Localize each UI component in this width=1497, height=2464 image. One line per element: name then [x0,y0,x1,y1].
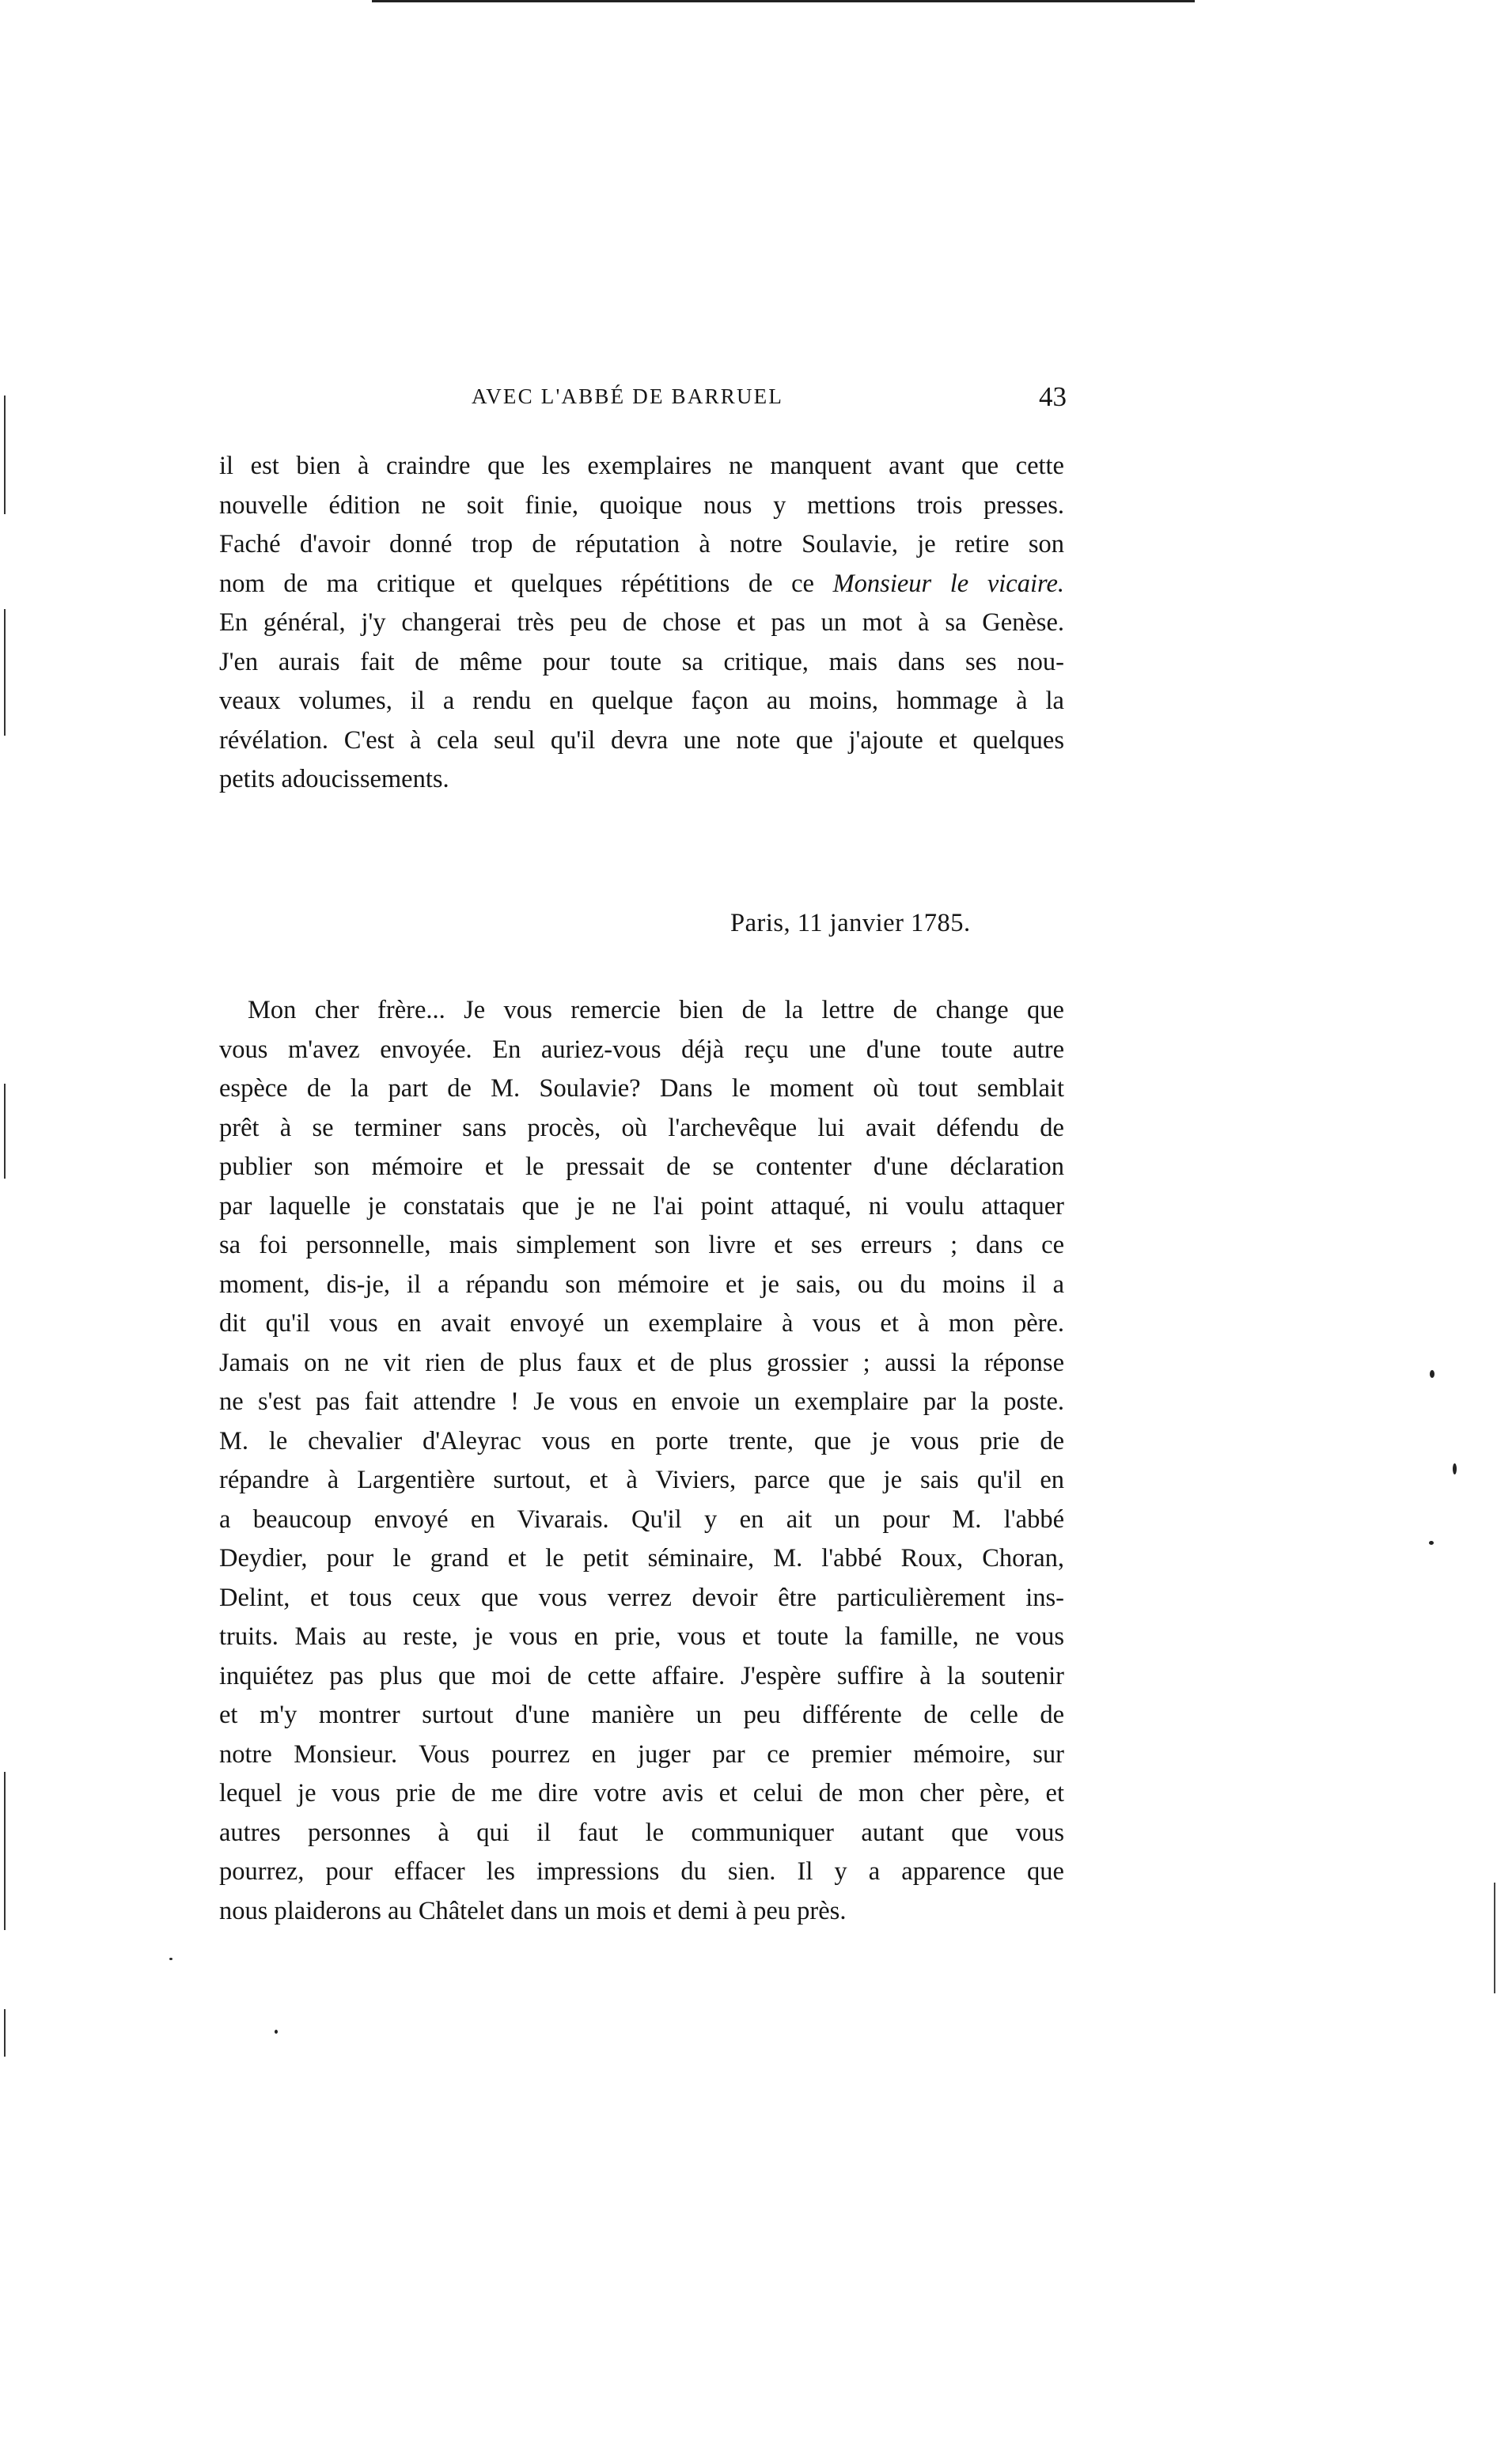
letter-dateline: Paris, 11 janvier 1785. [730,909,971,938]
book-page: AVEC L'ABBÉ DE BARRUEL 43 il est bien à … [0,0,1497,2464]
scan-speck [1429,1541,1434,1545]
text-line: notre Monsieur. Vous pourrez en juger pa… [219,1735,1064,1775]
text-line: a beaucoup envoyé en Vivarais. Qu'il y e… [219,1501,1064,1540]
text-line: espèce de la part de M. Soulavie? Dans l… [219,1069,1064,1109]
text-line: moment, dis-je, il a répandu son mémoire… [219,1266,1064,1305]
text-line: En général, j'y changerai très peu de ch… [219,604,1064,643]
text-line: vous m'avez envoyée. En auriez-vous déjà… [219,1031,1064,1070]
text-line: publier son mémoire et le pressait de se… [219,1148,1064,1187]
page-number: 43 [1039,381,1067,413]
scan-edge-artifact [4,1084,6,1179]
text-line: révélation. C'est à cela seul qu'il devr… [219,721,1064,761]
scan-edge-artifact [4,396,6,514]
text-line: truits. Mais au reste, je vous en prie, … [219,1618,1064,1657]
text-line-with-italic: nom de ma critique et quelques répétitio… [219,565,1064,604]
letter-continuation: il est bien à craindre que les exemplair… [219,447,1064,800]
running-header: AVEC L'ABBÉ DE BARRUEL 43 [472,384,1067,416]
text-line: sa foi personnelle, mais simplement son … [219,1226,1064,1266]
text-line: M. le chevalier d'Aleyrac vous en porte … [219,1422,1064,1462]
text-line: il est bien à craindre que les exemplair… [219,447,1064,486]
letter-body: Mon cher frère... Je vous remercie bien … [219,991,1064,1931]
text-line: ne s'est pas fait attendre ! Je vous en … [219,1383,1064,1422]
text-segment: nom de ma critique et quelques répétitio… [219,570,814,598]
scan-edge-artifact [1494,1883,1495,1993]
text-line: Faché d'avoir donné trop de réputation à… [219,525,1064,565]
text-line: dit qu'il vous en avait envoyé un exempl… [219,1304,1064,1344]
scan-edge-artifact [372,0,1195,2]
scan-speck [1453,1463,1457,1474]
scan-speck [275,2030,278,2034]
text-line: autres personnes à qui il faut le commun… [219,1814,1064,1853]
text-line: prêt à se terminer sans procès, où l'arc… [219,1109,1064,1149]
text-line: nouvelle édition ne soit finie, quoique … [219,486,1064,526]
scan-edge-artifact [4,1772,6,1930]
text-line: répandre à Largentière surtout, et à Viv… [219,1461,1064,1501]
text-line: inquiétez pas plus que moi de cette affa… [219,1657,1064,1697]
text-line: Jamais on ne vit rien de plus faux et de… [219,1344,1064,1383]
scan-speck [169,1958,172,1960]
text-line: Delint, et tous ceux que vous verrez dev… [219,1579,1064,1618]
text-line: et m'y montrer surtout d'une manière un … [219,1696,1064,1735]
scan-speck [1430,1370,1434,1378]
italic-title: Monsieur le vicaire. [833,570,1064,598]
text-line: petits adoucissements. [219,760,1064,800]
text-line: veaux volumes, il a rendu en quelque faç… [219,682,1064,721]
scan-edge-artifact [4,2009,6,2057]
scan-edge-artifact [4,609,6,736]
text-line: pourrez, pour effacer les impressions du… [219,1853,1064,1892]
text-line: Deydier, pour le grand et le petit sémin… [219,1539,1064,1579]
text-line: lequel je vous prie de me dire votre avi… [219,1774,1064,1814]
text-line: J'en aurais fait de même pour toute sa c… [219,643,1064,683]
text-line: nous plaiderons au Châtelet dans un mois… [219,1892,1064,1932]
text-line: Mon cher frère... Je vous remercie bien … [219,991,1064,1031]
running-title: AVEC L'ABBÉ DE BARRUEL [472,384,783,409]
text-line: par laquelle je constatais que je ne l'a… [219,1187,1064,1227]
